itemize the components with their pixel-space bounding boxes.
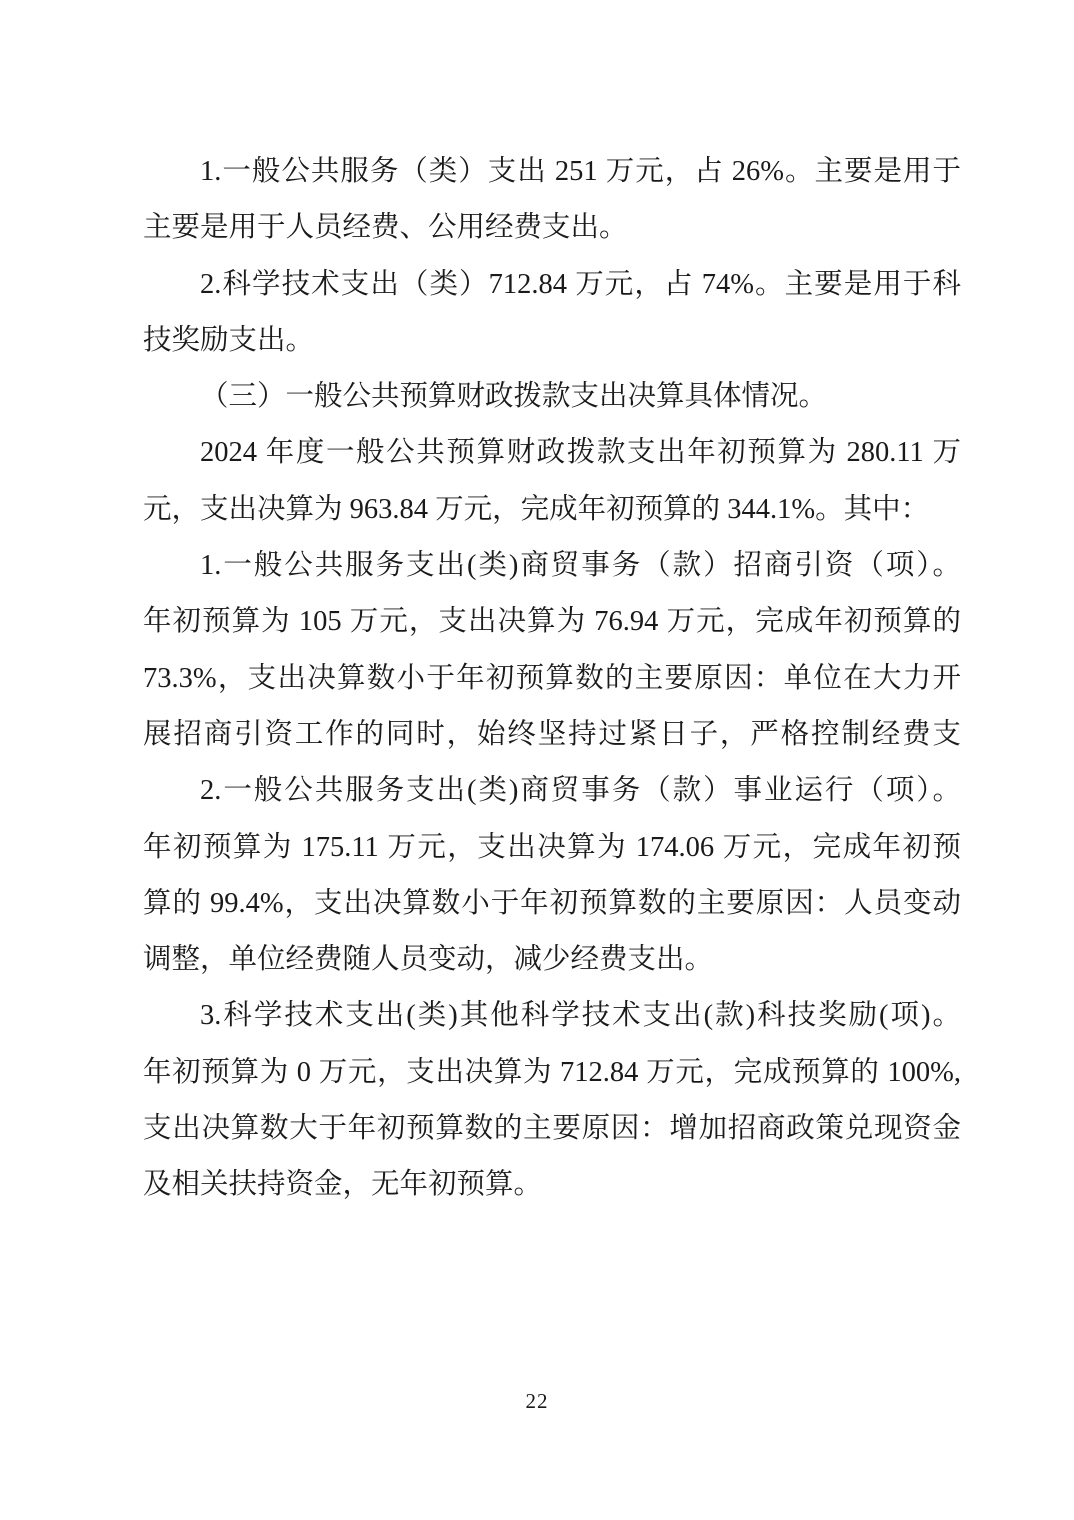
text-line: 调整，单位经费随人员变动，减少经费支出。 — [143, 932, 961, 988]
text-line: 2.一般公共服务支出(类)商贸事务（款）事业运行（项）。 — [143, 763, 961, 819]
text-line: 及相关扶持资金，无年初预算。 — [143, 1157, 961, 1213]
text-line: 元，支出决算为 963.84 万元，完成年初预算的 344.1%。其中： — [143, 482, 961, 538]
text-line: 2.科学技术支出（类）712.84 万元，占 74%。主要是用于科 — [143, 257, 961, 313]
text-line: 展招商引资工作的同时，始终坚持过紧日子，严格控制经费支出。 — [143, 707, 961, 763]
text-line: 年初预算为 0 万元，支出决算为 712.84 万元，完成预算的 100%, — [143, 1045, 961, 1101]
paragraph: 2.一般公共服务支出(类)商贸事务（款）事业运行（项）。 年初预算为 175.1… — [143, 763, 961, 988]
text-line: 技奖励支出。 — [143, 313, 961, 369]
paragraph: 3.科学技术支出(类)其他科学技术支出(款)科技奖励(项)。 年初预算为 0 万… — [143, 988, 961, 1213]
paragraph: 1.一般公共服务（类）支出 251 万元，占 26%。主要是用于 主要是用于人员… — [143, 144, 961, 257]
text-line: 3.科学技术支出(类)其他科学技术支出(款)科技奖励(项)。 — [143, 988, 961, 1044]
text-line: 1.一般公共服务（类）支出 251 万元，占 26%。主要是用于 — [143, 144, 961, 200]
text-line: 2024 年度一般公共预算财政拨款支出年初预算为 280.11 万 — [143, 425, 961, 481]
text-line: 73.3%，支出决算数小于年初预算数的主要原因：单位在大力开 — [143, 651, 961, 707]
text-line: 主要是用于人员经费、公用经费支出。 — [143, 200, 961, 256]
paragraph: 2.科学技术支出（类）712.84 万元，占 74%。主要是用于科 技奖励支出。 — [143, 257, 961, 370]
document-body: 1.一般公共服务（类）支出 251 万元，占 26%。主要是用于 主要是用于人员… — [143, 144, 961, 1214]
text-line: （三）一般公共预算财政拨款支出决算具体情况。 — [143, 369, 961, 425]
text-line: 支出决算数大于年初预算数的主要原因：增加招商政策兑现资金 — [143, 1101, 961, 1157]
text-line: 年初预算为 105 万元，支出决算为 76.94 万元，完成年初预算的 — [143, 594, 961, 650]
text-line: 1.一般公共服务支出(类)商贸事务（款）招商引资（项）。 — [143, 538, 961, 594]
text-line: 算的 99.4%，支出决算数小于年初预算数的主要原因：人员变动 — [143, 876, 961, 932]
paragraph: 1.一般公共服务支出(类)商贸事务（款）招商引资（项）。 年初预算为 105 万… — [143, 538, 961, 763]
paragraph: （三）一般公共预算财政拨款支出决算具体情况。 — [143, 369, 961, 425]
text-line: 年初预算为 175.11 万元，支出决算为 174.06 万元，完成年初预 — [143, 820, 961, 876]
page-number: 22 — [0, 1388, 1074, 1414]
paragraph: 2024 年度一般公共预算财政拨款支出年初预算为 280.11 万 元，支出决算… — [143, 425, 961, 538]
document-page: 1.一般公共服务（类）支出 251 万元，占 26%。主要是用于 主要是用于人员… — [0, 0, 1074, 1520]
